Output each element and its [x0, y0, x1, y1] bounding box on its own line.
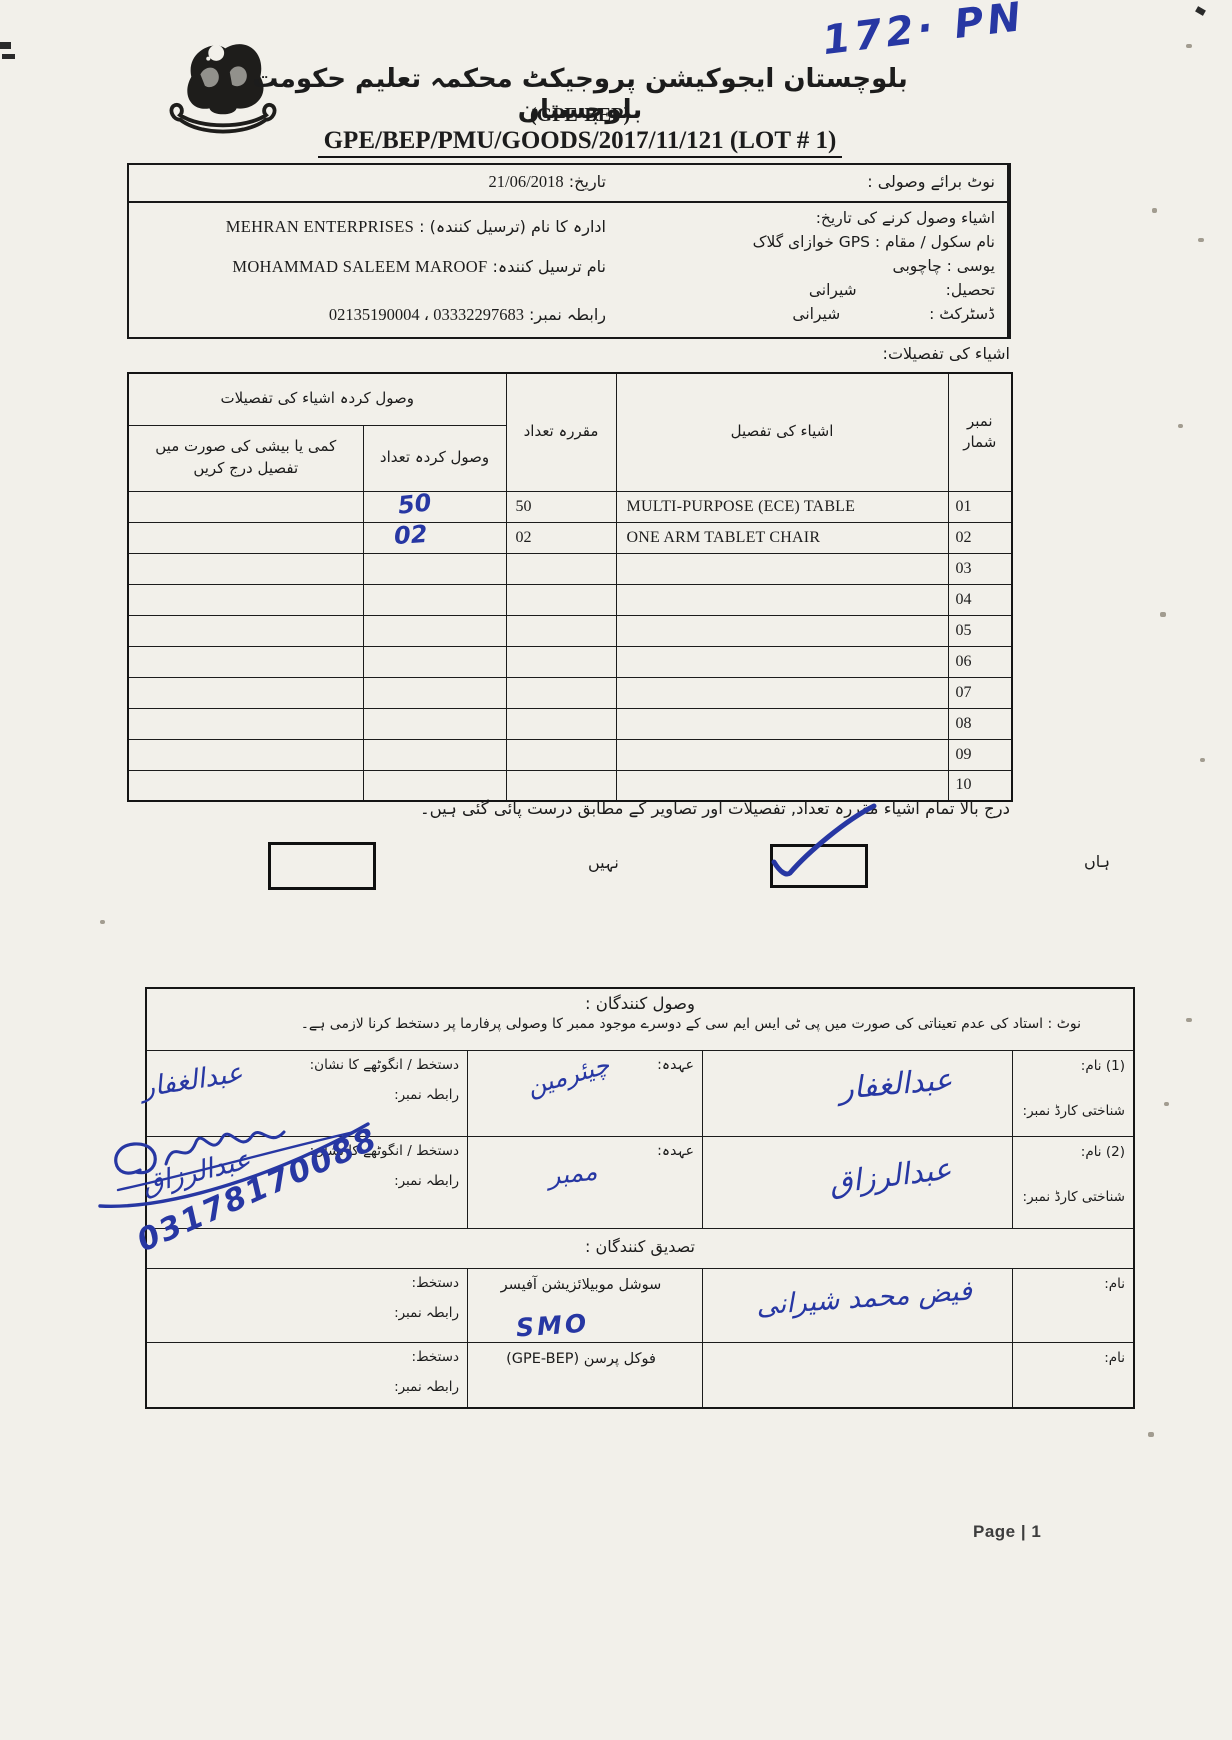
scan-speck: [1178, 424, 1183, 428]
serial-cell: 05: [948, 615, 1012, 646]
serial-cell: 02: [948, 522, 1012, 553]
table-row: 01 MULTI-PURPOSE (ECE) TABLE 50 50: [128, 491, 1012, 522]
scan-speck: [1152, 208, 1157, 213]
supplier-pane: ادارہ کا نام (ترسیل کنندہ) : MEHRAN ENTE…: [129, 203, 622, 338]
check-mark-icon: [758, 798, 882, 890]
role-label: فوکل پرسن (GPE-BEP): [468, 1349, 694, 1367]
handwritten-received-qty: 50: [396, 488, 432, 519]
contact-label: رابطہ نمبر:: [147, 1305, 459, 1321]
reference-number: GPE/BEP/PMU/GOODS/2017/11/121 (LOT # 1): [130, 127, 1030, 158]
verifier1-signature-cell: دستخط: رابطہ نمبر:: [147, 1269, 468, 1342]
verifier1-role-cell: سوشل موبیلائزیشن آفیسر SMO: [468, 1269, 703, 1342]
verifier2-signature-cell: دستخط: رابطہ نمبر:: [147, 1343, 468, 1407]
verifier2-name-label: نام:: [1015, 1349, 1125, 1368]
tehsil-label: تحصیل:: [946, 281, 995, 299]
verifiers-title: تصدیق کنندگان :: [147, 1229, 1133, 1269]
serial-cell: 09: [948, 739, 1012, 770]
item-cell: [616, 584, 948, 615]
role-label: سوشل موبیلائزیشن آفیسر: [468, 1275, 694, 1293]
signature-label: دستخط:: [147, 1275, 459, 1291]
scan-speck: [1186, 1018, 1192, 1022]
verifier1-name-label: نام:: [1015, 1275, 1125, 1294]
items-section-label: اشیاء کی تفصیلات:: [883, 344, 1010, 363]
school-name-label: نام سکول / مقام :: [875, 233, 995, 251]
receiver1-designation-cell: عہدہ: چیئرمین: [468, 1051, 703, 1136]
discrepancy-cell: [128, 584, 363, 615]
verifier2-name-cell: [703, 1343, 1013, 1407]
receiver2-id-label: شناختی کارڈ نمبر:: [1015, 1188, 1125, 1207]
table-row: 09: [128, 739, 1012, 770]
handwritten-role: SMO: [515, 1308, 590, 1342]
scan-speck: [1148, 1432, 1154, 1437]
col-header-item-detail: اشیاء کی تفصیل: [616, 373, 948, 491]
date-line: تاریخ: 21/06/2018: [129, 165, 622, 201]
receiver1-name-label: (1) نام:: [1015, 1057, 1125, 1076]
discrepancy-cell: [128, 553, 363, 584]
table-row: 05: [128, 615, 1012, 646]
received-qty-cell: 50: [363, 491, 506, 522]
scan-speck: [1186, 44, 1192, 48]
supplier-org-label: ادارہ کا نام (ترسیل کنندہ) :: [419, 217, 606, 236]
tehsil-value: شیرانی: [809, 281, 857, 299]
serial-cell: 01: [948, 491, 1012, 522]
discrepancy-cell: [128, 677, 363, 708]
serial-cell: 08: [948, 708, 1012, 739]
fixed-qty-cell: [506, 553, 616, 584]
receivers-header: وصول کنندگان : نوٹ : استاد کی عدم تعینات…: [147, 989, 1133, 1051]
item-cell: [616, 553, 948, 584]
scanned-delivery-form: 172· PN بلوچستان ایجوکیشن پروجیکٹ محکمہ …: [0, 0, 1232, 1740]
no-label: نہیں: [588, 853, 619, 872]
item-cell: [616, 615, 948, 646]
school-pane: اشیاء وصول کرنے کی تاریخ: نام سکول / مقا…: [622, 203, 1009, 338]
item-cell: MULTI-PURPOSE (ECE) TABLE: [616, 491, 948, 522]
school-name-value: GPS خوازای گلاک: [753, 233, 870, 251]
fixed-qty-cell: [506, 615, 616, 646]
receiver1-label-cell: (1) نام: شناختی کارڈ نمبر:: [1013, 1051, 1133, 1136]
scan-edge-mark: [0, 42, 11, 49]
designation-label: عہدہ:: [468, 1143, 694, 1159]
handwritten-received-qty: 02: [393, 519, 428, 549]
discrepancy-cell: [128, 615, 363, 646]
receive-date-label: اشیاء وصول کرنے کی تاریخ:: [622, 209, 995, 227]
serial-cell: 07: [948, 677, 1012, 708]
handwritten-name: فیض محمد شیرانی: [755, 1275, 973, 1321]
col-header-received-qty: وصول کردہ تعداد: [363, 425, 506, 491]
receiver1-id-label: شناختی کارڈ نمبر:: [1015, 1102, 1125, 1121]
col-header-fixed-qty: مقررہ تعداد: [506, 373, 616, 491]
handwritten-name: عبدالغفار: [837, 1062, 953, 1107]
scan-speck: [1198, 238, 1204, 242]
fixed-qty-cell: [506, 770, 616, 801]
item-cell: [616, 708, 948, 739]
item-cell: [616, 739, 948, 770]
yes-label: ہاں: [1084, 852, 1110, 871]
fixed-qty-cell: [506, 677, 616, 708]
table-row: 04: [128, 584, 1012, 615]
receiver2-name-label: (2) نام:: [1015, 1143, 1125, 1162]
table-row: 06: [128, 646, 1012, 677]
confirmation-statement: درج بالا تمام اشیاء مقررہ تعداد, تفصیلات…: [420, 799, 1010, 818]
scan-edge-mark: [2, 54, 15, 59]
receivers-title: وصول کنندگان :: [147, 989, 1133, 1013]
verifier-row-1: نام: فیض محمد شیرانی سوشل موبیلائزیشن آف…: [147, 1269, 1133, 1343]
fixed-qty-cell: 02: [506, 522, 616, 553]
received-qty-cell: [363, 553, 506, 584]
received-qty-cell: [363, 739, 506, 770]
sender-name-value: MOHAMMAD SALEEM MAROOF: [232, 257, 487, 276]
district-value: شیرانی: [792, 305, 840, 323]
supplier-contact-value: 03332297683 ، 02135190004: [329, 305, 524, 324]
item-cell: [616, 770, 948, 801]
table-row: 08: [128, 708, 1012, 739]
table-row: 07: [128, 677, 1012, 708]
union-council-label: یوسی :: [947, 257, 995, 275]
verifier2-label-cell: نام:: [1013, 1343, 1133, 1407]
date-value: 21/06/2018: [489, 172, 564, 191]
serial-cell: 03: [948, 553, 1012, 584]
verifier1-name-cell: فیض محمد شیرانی: [703, 1269, 1013, 1342]
received-qty-cell: [363, 646, 506, 677]
table-row: 02 ONE ARM TABLET CHAIR 02 02: [128, 522, 1012, 553]
item-cell: [616, 646, 948, 677]
sender-name-label: نام ترسیل کنندہ:: [493, 257, 606, 276]
receiver2-label-cell: (2) نام: شناختی کارڈ نمبر:: [1013, 1137, 1133, 1228]
scan-speck: [1160, 612, 1166, 617]
contact-label: رابطہ نمبر:: [147, 1379, 459, 1395]
signature-label: دستخط:: [147, 1349, 459, 1365]
table-row: 10: [128, 770, 1012, 801]
discrepancy-cell: [128, 770, 363, 801]
scan-speck: [1200, 758, 1205, 762]
receivers-note: نوٹ : استاد کی عدم تعیناتی کی صورت میں پ…: [147, 1013, 1133, 1032]
district-label: ڈسٹرکٹ :: [929, 305, 995, 323]
handwritten-designation: ممبر: [547, 1157, 599, 1191]
received-qty-cell: [363, 584, 506, 615]
scan-speck: [100, 920, 105, 924]
discrepancy-cell: [128, 646, 363, 677]
handwritten-name: عبدالرزاق: [827, 1152, 953, 1202]
fixed-qty-cell: [506, 646, 616, 677]
goods-table: نمبر شمار اشیاء کی تفصیل مقررہ تعداد وصو…: [127, 372, 1013, 802]
serial-cell: 10: [948, 770, 1012, 801]
page-number: Page | 1: [973, 1522, 1041, 1542]
no-checkbox: [268, 842, 376, 890]
discrepancy-cell: [128, 522, 363, 553]
scan-edge-mark: [1195, 6, 1206, 16]
discrepancy-cell: [128, 739, 363, 770]
verifier2-role-cell: فوکل پرسن (GPE-BEP): [468, 1343, 703, 1407]
received-qty-cell: [363, 615, 506, 646]
serial-cell: 06: [948, 646, 1012, 677]
supplier-org-value: MEHRAN ENTERPRISES: [226, 217, 414, 236]
discrepancy-cell: [128, 708, 363, 739]
fixed-qty-cell: 50: [506, 491, 616, 522]
col-header-serial: نمبر شمار: [948, 373, 1012, 491]
fixed-qty-cell: [506, 708, 616, 739]
handwritten-corner-number: 172· PN: [820, 0, 1028, 64]
col-header-discrepancy: کمی یا بیشی کی صورت میں تفصیل درج کریں: [128, 425, 363, 491]
verifier1-label-cell: نام:: [1013, 1269, 1133, 1342]
receipt-note-label: نوٹ برائے وصولی :: [622, 165, 1009, 201]
item-cell: ONE ARM TABLET CHAIR: [616, 522, 948, 553]
col-header-received-group: وصول کردہ اشیاء کی تفصیلات: [128, 373, 506, 425]
fixed-qty-cell: [506, 584, 616, 615]
fixed-qty-cell: [506, 739, 616, 770]
received-qty-cell: [363, 677, 506, 708]
serial-cell: 04: [948, 584, 1012, 615]
receiver1-name-cell: عبدالغفار: [703, 1051, 1013, 1136]
delivery-info-box: تاریخ: 21/06/2018 نوٹ برائے وصولی : ادار…: [127, 163, 1011, 339]
project-abbreviation: (GPE-BEP): [250, 104, 910, 127]
item-cell: [616, 677, 948, 708]
received-qty-cell: 02: [363, 522, 506, 553]
table-row: 03: [128, 553, 1012, 584]
received-qty-cell: [363, 770, 506, 801]
scan-speck: [1164, 1102, 1169, 1106]
supplier-contact-label: رابطہ نمبر:: [529, 305, 606, 324]
date-label: تاریخ:: [569, 172, 606, 191]
receiver2-name-cell: عبدالرزاق: [703, 1137, 1013, 1228]
verifier-row-2: نام: فوکل پرسن (GPE-BEP) دستخط: رابطہ نم…: [147, 1343, 1133, 1407]
discrepancy-cell: [128, 491, 363, 522]
union-council-value: چاچوبی: [893, 257, 942, 275]
receiver2-designation-cell: عہدہ: ممبر: [468, 1137, 703, 1228]
received-qty-cell: [363, 708, 506, 739]
